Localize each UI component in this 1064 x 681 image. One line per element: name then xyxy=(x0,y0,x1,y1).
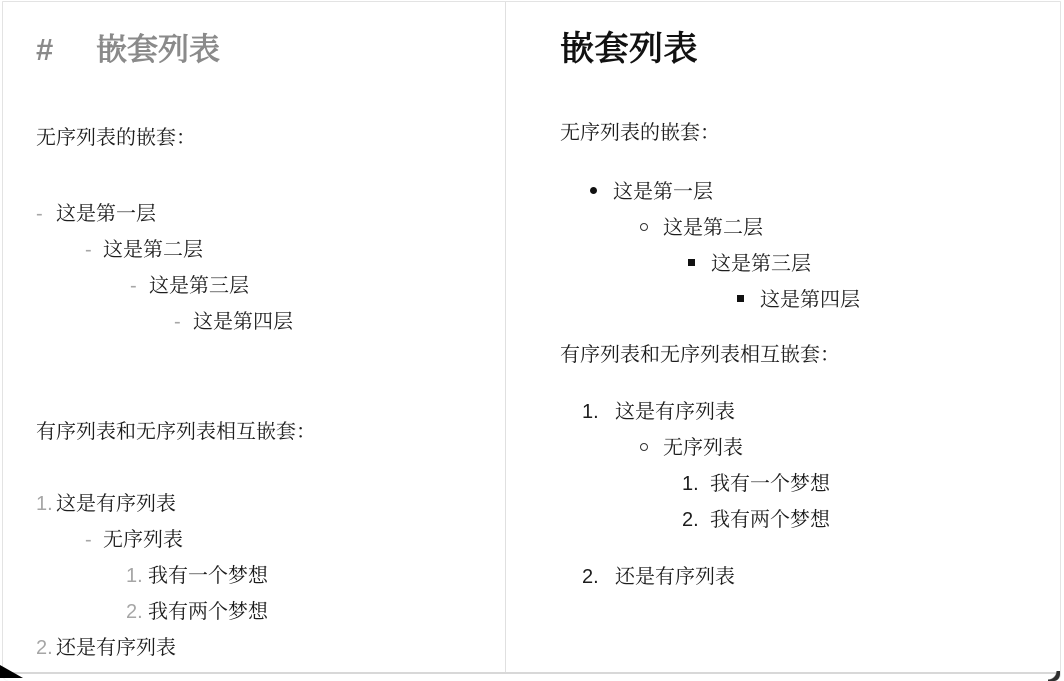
ordered-number-marker: 2. xyxy=(126,594,148,630)
dash-marker: - xyxy=(130,268,149,304)
ordered-number-marker: 1. xyxy=(36,486,56,522)
preview-list-item: 1.我有一个梦想 xyxy=(560,466,1042,502)
list-item-text: 这是第三层 xyxy=(149,275,249,297)
list-item-text: 这是第四层 xyxy=(193,311,293,333)
circle-bullet-icon xyxy=(640,210,663,246)
preview-list-item: 这是第三层 xyxy=(560,246,1042,282)
dash-marker: - xyxy=(174,304,193,340)
preview-paragraph-unordered-intro: 无序列表的嵌套： xyxy=(560,115,1042,151)
source-list-line[interactable]: -这是第三层 xyxy=(36,268,487,304)
source-list-line[interactable]: -这是第二层 xyxy=(36,232,487,268)
list-item-text: 我有两个梦想 xyxy=(148,601,268,623)
ordered-number-marker: 1. xyxy=(682,466,710,502)
list-item-text: 这是有序列表 xyxy=(615,401,735,423)
source-list-line[interactable]: 1.我有一个梦想 xyxy=(36,558,487,594)
split-view: #嵌套列表 无序列表的嵌套： -这是第一层 -这是第二层 -这是第三层 -这是第… xyxy=(3,2,1060,674)
source-mixed-list: 1.这是有序列表 -无序列表 1.我有一个梦想 2.我有两个梦想 2.还是有序列… xyxy=(36,486,487,666)
preview-list-item: 这是第二层 xyxy=(560,210,1042,246)
circle-bullet-icon xyxy=(640,430,663,466)
ordered-number-marker: 2. xyxy=(582,559,615,595)
source-unordered-list: -这是第一层 -这是第二层 -这是第三层 -这是第四层 xyxy=(36,196,487,340)
disc-bullet-icon xyxy=(590,174,613,210)
ordered-number-marker: 2. xyxy=(682,502,710,538)
list-item-text: 这是第四层 xyxy=(760,289,860,311)
list-item-text: 这是第二层 xyxy=(663,217,763,239)
square-bullet-icon xyxy=(688,246,711,282)
source-editor-pane[interactable]: #嵌套列表 无序列表的嵌套： -这是第一层 -这是第二层 -这是第三层 -这是第… xyxy=(3,2,506,672)
window-corner-shadow xyxy=(1048,671,1060,681)
preview-list-item: 这是第一层 xyxy=(560,174,1042,210)
ordered-number-marker: 1. xyxy=(126,558,148,594)
list-item-text: 这是第二层 xyxy=(103,239,203,261)
source-list-line[interactable]: 2.我有两个梦想 xyxy=(36,594,487,630)
preview-list-item: 2.还是有序列表 xyxy=(560,559,1042,595)
preview-paragraph-mixed-intro: 有序列表和无序列表相互嵌套： xyxy=(560,337,1042,373)
preview-list-item: 无序列表 xyxy=(560,430,1042,466)
list-item-text: 无序列表 xyxy=(103,529,183,551)
square-bullet-icon xyxy=(737,282,760,318)
dash-marker: - xyxy=(85,522,103,558)
source-heading-line[interactable]: #嵌套列表 xyxy=(36,28,487,72)
list-item-text: 还是有序列表 xyxy=(615,566,735,588)
markdown-editor-window: #嵌套列表 无序列表的嵌套： -这是第一层 -这是第二层 -这是第三层 -这是第… xyxy=(0,0,1064,681)
source-paragraph-unordered-intro[interactable]: 无序列表的嵌套： xyxy=(36,120,487,156)
dash-marker: - xyxy=(85,232,103,268)
source-paragraph-mixed-intro[interactable]: 有序列表和无序列表相互嵌套： xyxy=(36,414,487,450)
list-item-text: 这是第三层 xyxy=(711,253,811,275)
list-item-text: 我有两个梦想 xyxy=(710,509,830,531)
ordered-number-marker: 1. xyxy=(582,394,615,430)
heading-hash-marker: # xyxy=(36,28,96,72)
preview-unordered-list: 这是第一层 这是第二层 这是第三层 这是第四层 xyxy=(560,174,1042,318)
preview-mixed-list: 1.这是有序列表 无序列表 1.我有一个梦想 2.我有两个梦想 2.还是有序列表 xyxy=(560,394,1042,595)
list-item-text: 这是第一层 xyxy=(613,181,713,203)
list-item-text: 无序列表 xyxy=(663,437,743,459)
dash-marker: - xyxy=(36,196,56,232)
preview-pane[interactable]: 嵌套列表 无序列表的嵌套： 这是第一层 这是第二层 这是第三层 这是第四层 xyxy=(506,2,1060,672)
ordered-number-marker: 2. xyxy=(36,630,56,666)
source-list-line[interactable]: 1.这是有序列表 xyxy=(36,486,487,522)
list-item-text: 还是有序列表 xyxy=(56,637,176,659)
list-item-text: 这是有序列表 xyxy=(56,493,176,515)
preview-list-item: 2.我有两个梦想 xyxy=(560,502,1042,538)
source-list-line[interactable]: -无序列表 xyxy=(36,522,487,558)
preview-list-item: 1.这是有序列表 xyxy=(560,394,1042,430)
preview-list-item: 这是第四层 xyxy=(560,282,1042,318)
window-frame: #嵌套列表 无序列表的嵌套： -这是第一层 -这是第二层 -这是第三层 -这是第… xyxy=(2,1,1061,681)
source-list-line[interactable]: 2.还是有序列表 xyxy=(36,630,487,666)
list-item-text: 我有一个梦想 xyxy=(148,565,268,587)
source-list-line[interactable]: -这是第四层 xyxy=(36,304,487,340)
source-heading-text: 嵌套列表 xyxy=(96,32,220,67)
list-item-text: 这是第一层 xyxy=(56,203,156,225)
source-list-line[interactable]: -这是第一层 xyxy=(36,196,487,232)
preview-heading: 嵌套列表 xyxy=(560,26,1042,72)
list-item-text: 我有一个梦想 xyxy=(710,473,830,495)
